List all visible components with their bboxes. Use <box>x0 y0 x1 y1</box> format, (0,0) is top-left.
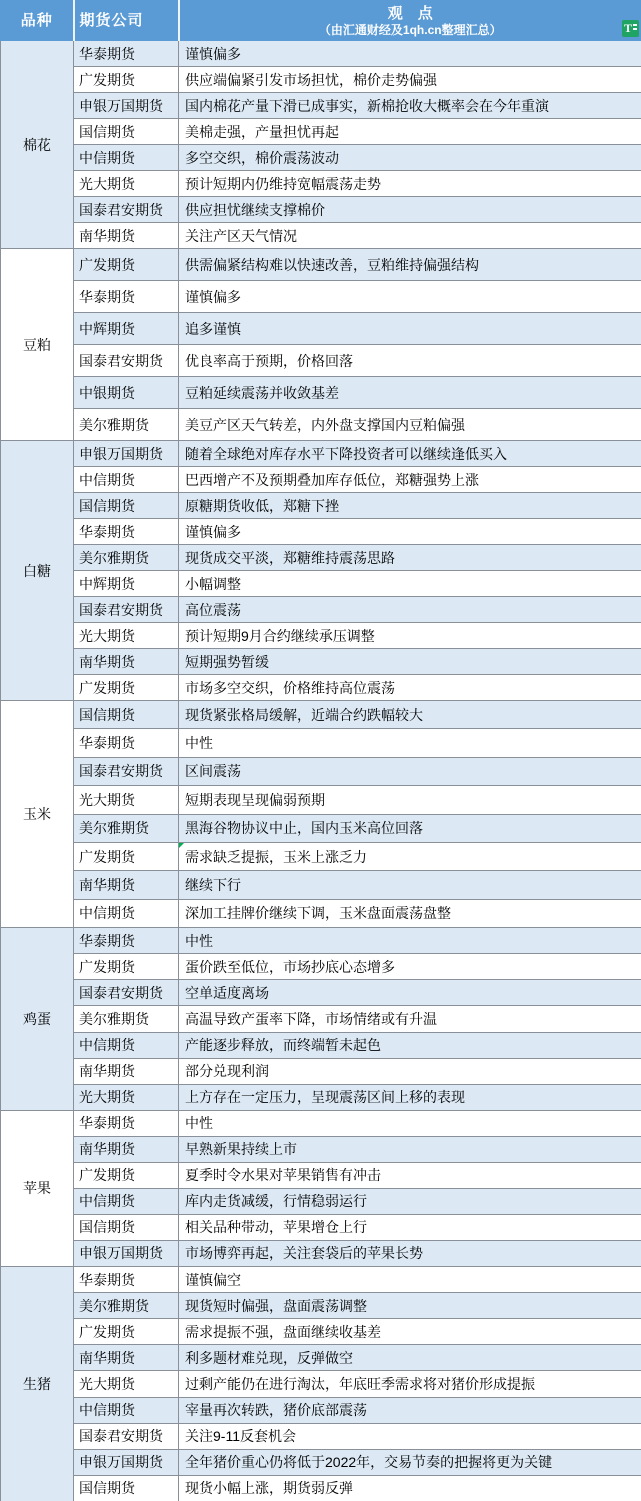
view-cell: 中性 <box>179 928 641 954</box>
table-row: 国泰君安期货区间震荡 <box>1 757 641 785</box>
view-cell: 继续下行 <box>179 871 641 899</box>
view-text: 原糖期货收低，郑糖下挫 <box>185 498 339 514</box>
view-text: 区间震荡 <box>185 763 241 779</box>
view-cell: 预计短期内仍维持宽幅震荡走势 <box>179 171 641 197</box>
translate-icon-bars <box>633 24 637 30</box>
table-row: 广发期货市场多空交织，价格维持高位震荡 <box>1 675 641 701</box>
company-cell: 光大期货 <box>74 1084 179 1110</box>
company-cell: 中信期货 <box>74 1032 179 1058</box>
view-cell: 关注产区天气情况 <box>179 223 641 249</box>
view-text: 巴西增产不及预期叠加库存低位，郑糖强势上涨 <box>185 472 479 488</box>
view-text: 优良率高于预期，价格回落 <box>185 353 353 369</box>
view-text: 上方存在一定压力，呈现震荡区间上移的表现 <box>185 1089 465 1105</box>
table-row: 中信期货深加工挂牌价继续下调，玉米盘面震荡盘整 <box>1 899 641 927</box>
company-cell: 南华期货 <box>74 223 179 249</box>
table-row: 光大期货短期表现呈现偏弱预期 <box>1 786 641 814</box>
company-cell: 南华期货 <box>74 1345 179 1371</box>
variety-cell: 白糖 <box>1 441 74 701</box>
table-body: 棉花华泰期货谨慎偏多广发期货供应端偏紧引发市场担忧，棉价走势偏强申银万国期货国内… <box>1 41 641 1501</box>
company-cell: 国信期货 <box>74 1475 179 1501</box>
company-cell: 华泰期货 <box>74 928 179 954</box>
company-cell: 中辉期货 <box>74 571 179 597</box>
table-row: 光大期货过剩产能仍在进行淘汰，年底旺季需求将对猪价形成提振 <box>1 1371 641 1397</box>
view-cell: 短期强势暂缓 <box>179 649 641 675</box>
view-cell: 市场博弈再起，关注套袋后的苹果长势 <box>179 1240 641 1266</box>
view-text: 市场多空交织，价格维持高位震荡 <box>185 680 395 696</box>
view-text: 蛋价跌至低位，市场抄底心态增多 <box>185 959 395 975</box>
view-text: 小幅调整 <box>185 576 241 592</box>
table-row: 国信期货现货小幅上涨，期货弱反弹 <box>1 1475 641 1501</box>
table-row: 美尔雅期货现货成交平淡，郑糖维持震荡思路 <box>1 545 641 571</box>
company-cell: 南华期货 <box>74 649 179 675</box>
view-cell: 部分兑现利润 <box>179 1058 641 1084</box>
company-cell: 广发期货 <box>74 249 179 281</box>
table-row: 广发期货供应端偏紧引发市场担忧，棉价走势偏强 <box>1 67 641 93</box>
view-text: 供应端偏紧引发市场担忧，棉价走势偏强 <box>185 72 437 88</box>
view-text: 谨慎偏多 <box>185 524 241 540</box>
view-text: 关注9-11反套机会 <box>185 1428 296 1444</box>
table-row: 中信期货巴西增产不及预期叠加库存低位，郑糖强势上涨 <box>1 467 641 493</box>
variety-cell: 生猪 <box>1 1266 74 1501</box>
company-cell: 华泰期货 <box>74 1110 179 1136</box>
view-text: 随着全球绝对库存水平下降投资者可以继续逢低买入 <box>185 446 507 462</box>
view-text: 部分兑现利润 <box>185 1063 269 1079</box>
table-row: 玉米国信期货现货紧张格局缓解，近端合约跌幅较大 <box>1 701 641 729</box>
view-cell: 产能逐步释放，而终端暂未起色 <box>179 1032 641 1058</box>
view-cell: 多空交织，棉价震荡波动 <box>179 145 641 171</box>
view-text: 短期表现呈现偏弱预期 <box>185 792 325 808</box>
view-cell: 高温导致产蛋率下降，市场情绪或有升温 <box>179 1006 641 1032</box>
company-cell: 广发期货 <box>74 67 179 93</box>
view-cell: 上方存在一定压力，呈现震荡区间上移的表现 <box>179 1084 641 1110</box>
header-variety-label: 品种 <box>1 12 73 30</box>
view-cell: 夏季时令水果对苹果销售有冲击 <box>179 1162 641 1188</box>
futures-views-page: 品种 期货公司 观 点 （由汇通财经及1qh.cn整理汇总） 棉花华泰期货谨慎偏… <box>0 0 641 1501</box>
view-text: 预计短期内仍维持宽幅震荡走势 <box>185 176 381 192</box>
view-cell: 豆粕延续震荡并收敛基差 <box>179 377 641 409</box>
view-cell: 国内棉花产量下滑已成事实，新棉抢收大概率会在今年重演 <box>179 93 641 119</box>
view-cell: 谨慎偏多 <box>179 41 641 67</box>
company-cell: 申银万国期货 <box>74 441 179 467</box>
view-cell: 现货短时偏强，盘面震荡调整 <box>179 1293 641 1319</box>
futures-views-table: 品种 期货公司 观 点 （由汇通财经及1qh.cn整理汇总） 棉花华泰期货谨慎偏… <box>0 0 641 1501</box>
view-cell: 深加工挂牌价继续下调，玉米盘面震荡盘整 <box>179 899 641 927</box>
table-row: 南华期货部分兑现利润 <box>1 1058 641 1084</box>
table-row: 国泰君安期货供应担忧继续支撑棉价 <box>1 197 641 223</box>
view-text: 市场博弈再起，关注套袋后的苹果长势 <box>185 1245 423 1261</box>
company-cell: 美尔雅期货 <box>74 814 179 842</box>
company-cell: 光大期货 <box>74 1371 179 1397</box>
view-text: 库内走货减缓，行情稳弱运行 <box>185 1193 367 1209</box>
company-cell: 广发期货 <box>74 954 179 980</box>
view-text: 高温导致产蛋率下降，市场情绪或有升温 <box>185 1011 437 1027</box>
view-text: 需求缺乏提振，玉米上涨乏力 <box>185 849 367 865</box>
company-cell: 国泰君安期货 <box>74 197 179 223</box>
company-cell: 国信期货 <box>74 119 179 145</box>
view-cell: 供应端偏紧引发市场担忧，棉价走势偏强 <box>179 67 641 93</box>
table-row: 国泰君安期货空单适度离场 <box>1 980 641 1006</box>
company-cell: 光大期货 <box>74 786 179 814</box>
company-cell: 申银万国期货 <box>74 1240 179 1266</box>
table-row: 国信期货美棉走强，产量担忧再起 <box>1 119 641 145</box>
translate-icon-letter: T <box>624 20 632 37</box>
view-text: 现货紧张格局缓解，近端合约跌幅较大 <box>185 707 423 723</box>
company-cell: 中信期货 <box>74 899 179 927</box>
company-cell: 光大期货 <box>74 623 179 649</box>
company-cell: 美尔雅期货 <box>74 409 179 441</box>
company-cell: 广发期货 <box>74 1319 179 1345</box>
company-cell: 中信期货 <box>74 145 179 171</box>
view-text: 供需偏紧结构难以快速改善，豆粕维持偏强结构 <box>185 257 479 273</box>
table-row: 申银万国期货国内棉花产量下滑已成事实，新棉抢收大概率会在今年重演 <box>1 93 641 119</box>
view-cell: 高位震荡 <box>179 597 641 623</box>
header-variety: 品种 <box>1 1 74 41</box>
company-cell: 南华期货 <box>74 871 179 899</box>
variety-cell: 鸡蛋 <box>1 928 74 1111</box>
translate-extension-icon[interactable]: T <box>622 20 639 37</box>
header-view-subtitle: （由汇通财经及1qh.cn整理汇总） <box>180 23 641 38</box>
table-row: 华泰期货谨慎偏多 <box>1 519 641 545</box>
company-cell: 国泰君安期货 <box>74 345 179 377</box>
company-cell: 申银万国期货 <box>74 1449 179 1475</box>
header-company: 期货公司 <box>74 1 179 41</box>
table-row: 中辉期货追多谨慎 <box>1 313 641 345</box>
table-row: 美尔雅期货现货短时偏强，盘面震荡调整 <box>1 1293 641 1319</box>
table-row: 中信期货多空交织，棉价震荡波动 <box>1 145 641 171</box>
table-row: 南华期货关注产区天气情况 <box>1 223 641 249</box>
view-text: 预计短期9月合约继续承压调整 <box>185 628 375 644</box>
view-cell: 供需偏紧结构难以快速改善，豆粕维持偏强结构 <box>179 249 641 281</box>
company-cell: 国泰君安期货 <box>74 980 179 1006</box>
table-row: 美尔雅期货高温导致产蛋率下降，市场情绪或有升温 <box>1 1006 641 1032</box>
table-row: 国泰君安期货高位震荡 <box>1 597 641 623</box>
view-text: 关注产区天气情况 <box>185 228 297 244</box>
view-text: 供应担忧继续支撑棉价 <box>185 202 325 218</box>
view-text: 空单适度离场 <box>185 985 269 1001</box>
view-cell: 相关品种带动，苹果增仓上行 <box>179 1214 641 1240</box>
view-cell: 小幅调整 <box>179 571 641 597</box>
view-text: 深加工挂牌价继续下调，玉米盘面震荡盘整 <box>185 905 451 921</box>
view-text: 现货成交平淡，郑糖维持震荡思路 <box>185 550 395 566</box>
view-text: 中性 <box>185 735 213 751</box>
view-cell: 蛋价跌至低位，市场抄底心态增多 <box>179 954 641 980</box>
company-cell: 国泰君安期货 <box>74 1423 179 1449</box>
company-cell: 申银万国期货 <box>74 93 179 119</box>
view-text: 美棉走强，产量担忧再起 <box>185 124 339 140</box>
header-view-title: 观 点 <box>180 4 641 23</box>
view-text: 多空交织，棉价震荡波动 <box>185 150 339 166</box>
table-row: 国信期货原糖期货收低，郑糖下挫 <box>1 493 641 519</box>
variety-cell: 苹果 <box>1 1110 74 1266</box>
view-text: 需求提振不强，盘面继续收基差 <box>185 1324 381 1340</box>
view-text: 谨慎偏多 <box>185 46 241 62</box>
company-cell: 南华期货 <box>74 1136 179 1162</box>
company-cell: 美尔雅期货 <box>74 545 179 571</box>
company-cell: 华泰期货 <box>74 41 179 67</box>
company-cell: 广发期货 <box>74 842 179 870</box>
view-cell: 利多题材难兑现，反弹做空 <box>179 1345 641 1371</box>
table-row: 美尔雅期货美豆产区天气转差，内外盘支撑国内豆粕偏强 <box>1 409 641 441</box>
view-cell: 供应担忧继续支撑棉价 <box>179 197 641 223</box>
view-cell: 谨慎偏空 <box>179 1266 641 1292</box>
table-row: 广发期货需求提振不强，盘面继续收基差 <box>1 1319 641 1345</box>
view-cell: 中性 <box>179 1110 641 1136</box>
table-row: 中银期货豆粕延续震荡并收敛基差 <box>1 377 641 409</box>
view-text: 追多谨慎 <box>185 321 241 337</box>
table-row: 申银万国期货全年猪价重心仍将低于2022年，交易节奏的把握将更为关键 <box>1 1449 641 1475</box>
company-cell: 光大期货 <box>74 171 179 197</box>
view-text: 相关品种带动，苹果增仓上行 <box>185 1219 367 1235</box>
company-cell: 广发期货 <box>74 1162 179 1188</box>
company-cell: 美尔雅期货 <box>74 1293 179 1319</box>
view-text: 高位震荡 <box>185 602 241 618</box>
view-cell: 早熟新果持续上市 <box>179 1136 641 1162</box>
view-cell: 现货成交平淡，郑糖维持震荡思路 <box>179 545 641 571</box>
view-cell: 空单适度离场 <box>179 980 641 1006</box>
view-text: 现货短时偏强，盘面震荡调整 <box>185 1298 367 1314</box>
view-text: 谨慎偏空 <box>185 1272 241 1288</box>
table-row: 美尔雅期货黑海谷物协议中止，国内玉米高位回落 <box>1 814 641 842</box>
view-text: 继续下行 <box>185 877 241 893</box>
variety-cell: 玉米 <box>1 701 74 928</box>
company-cell: 华泰期货 <box>74 1266 179 1292</box>
table-row: 生猪华泰期货谨慎偏空 <box>1 1266 641 1292</box>
table-row: 南华期货继续下行 <box>1 871 641 899</box>
view-text: 早熟新果持续上市 <box>185 1141 297 1157</box>
table-row: 棉花华泰期货谨慎偏多 <box>1 41 641 67</box>
table-row: 国信期货相关品种带动，苹果增仓上行 <box>1 1214 641 1240</box>
table-row: 国泰君安期货关注9-11反套机会 <box>1 1423 641 1449</box>
table-row: 中信期货宰量再次转跌，猪价底部震荡 <box>1 1397 641 1423</box>
table-row: 中信期货库内走货减缓，行情稳弱运行 <box>1 1188 641 1214</box>
view-text: 现货小幅上涨，期货弱反弹 <box>185 1480 353 1496</box>
view-cell: 库内走货减缓，行情稳弱运行 <box>179 1188 641 1214</box>
company-cell: 国信期货 <box>74 493 179 519</box>
table-row: 鸡蛋华泰期货中性 <box>1 928 641 954</box>
table-row: 申银万国期货市场博弈再起，关注套袋后的苹果长势 <box>1 1240 641 1266</box>
view-text: 全年猪价重心仍将低于2022年，交易节奏的把握将更为关键 <box>185 1454 552 1470</box>
company-cell: 国泰君安期货 <box>74 757 179 785</box>
table-header: 品种 期货公司 观 点 （由汇通财经及1qh.cn整理汇总） <box>1 1 641 41</box>
view-cell: 美棉走强，产量担忧再起 <box>179 119 641 145</box>
table-row: 国泰君安期货优良率高于预期，价格回落 <box>1 345 641 377</box>
company-cell: 中信期货 <box>74 1188 179 1214</box>
view-cell: 需求提振不强，盘面继续收基差 <box>179 1319 641 1345</box>
view-cell: 巴西增产不及预期叠加库存低位，郑糖强势上涨 <box>179 467 641 493</box>
view-cell: 谨慎偏多 <box>179 519 641 545</box>
company-cell: 美尔雅期货 <box>74 1006 179 1032</box>
view-text: 短期强势暂缓 <box>185 654 269 670</box>
view-cell: 优良率高于预期，价格回落 <box>179 345 641 377</box>
table-row: 广发期货夏季时令水果对苹果销售有冲击 <box>1 1162 641 1188</box>
company-cell: 中信期货 <box>74 1397 179 1423</box>
table-row: 南华期货利多题材难兑现，反弹做空 <box>1 1345 641 1371</box>
company-cell: 国信期货 <box>74 701 179 729</box>
table-row: 白糖申银万国期货随着全球绝对库存水平下降投资者可以继续逢低买入 <box>1 441 641 467</box>
view-cell: 短期表现呈现偏弱预期 <box>179 786 641 814</box>
table-row: 南华期货早熟新果持续上市 <box>1 1136 641 1162</box>
table-row: 光大期货预计短期内仍维持宽幅震荡走势 <box>1 171 641 197</box>
view-text: 中性 <box>185 933 213 949</box>
view-cell: 追多谨慎 <box>179 313 641 345</box>
table-row: 华泰期货谨慎偏多 <box>1 281 641 313</box>
variety-cell: 棉花 <box>1 41 74 249</box>
view-text: 利多题材难兑现，反弹做空 <box>185 1350 353 1366</box>
view-cell: 需求缺乏提振，玉米上涨乏力 <box>179 842 641 870</box>
view-text: 谨慎偏多 <box>185 289 241 305</box>
table-row: 光大期货预计短期9月合约继续承压调整 <box>1 623 641 649</box>
view-cell: 谨慎偏多 <box>179 281 641 313</box>
company-cell: 中辉期货 <box>74 313 179 345</box>
view-text: 过剩产能仍在进行淘汰，年底旺季需求将对猪价形成提振 <box>185 1376 535 1392</box>
company-cell: 中银期货 <box>74 377 179 409</box>
company-cell: 国信期货 <box>74 1214 179 1240</box>
company-cell: 华泰期货 <box>74 281 179 313</box>
view-text: 产能逐步释放，而终端暂未起色 <box>185 1037 381 1053</box>
view-cell: 预计短期9月合约继续承压调整 <box>179 623 641 649</box>
table-row: 华泰期货中性 <box>1 729 641 757</box>
view-cell: 现货小幅上涨，期货弱反弹 <box>179 1475 641 1501</box>
view-cell: 中性 <box>179 729 641 757</box>
view-cell: 区间震荡 <box>179 757 641 785</box>
header-company-label: 期货公司 <box>80 12 178 30</box>
view-text: 豆粕延续震荡并收敛基差 <box>185 385 339 401</box>
table-row: 南华期货短期强势暂缓 <box>1 649 641 675</box>
view-text: 美豆产区天气转差，内外盘支撑国内豆粕偏强 <box>185 417 465 433</box>
view-text: 黑海谷物协议中止，国内玉米高位回落 <box>185 820 423 836</box>
view-text: 宰量再次转跌，猪价底部震荡 <box>185 1402 367 1418</box>
cell-note-marker-icon <box>179 843 184 848</box>
company-cell: 华泰期货 <box>74 729 179 757</box>
view-cell: 现货紧张格局缓解，近端合约跌幅较大 <box>179 701 641 729</box>
variety-cell: 豆粕 <box>1 249 74 441</box>
view-cell: 市场多空交织，价格维持高位震荡 <box>179 675 641 701</box>
view-cell: 宰量再次转跌，猪价底部震荡 <box>179 1397 641 1423</box>
view-cell: 随着全球绝对库存水平下降投资者可以继续逢低买入 <box>179 441 641 467</box>
view-text: 中性 <box>185 1115 213 1131</box>
company-cell: 广发期货 <box>74 675 179 701</box>
view-cell: 美豆产区天气转差，内外盘支撑国内豆粕偏强 <box>179 409 641 441</box>
view-cell: 黑海谷物协议中止，国内玉米高位回落 <box>179 814 641 842</box>
table-row: 苹果华泰期货中性 <box>1 1110 641 1136</box>
company-cell: 中信期货 <box>74 467 179 493</box>
company-cell: 华泰期货 <box>74 519 179 545</box>
company-cell: 南华期货 <box>74 1058 179 1084</box>
view-cell: 过剩产能仍在进行淘汰，年底旺季需求将对猪价形成提振 <box>179 1371 641 1397</box>
view-cell: 原糖期货收低，郑糖下挫 <box>179 493 641 519</box>
view-text: 国内棉花产量下滑已成事实，新棉抢收大概率会在今年重演 <box>185 98 549 114</box>
table-row: 广发期货蛋价跌至低位，市场抄底心态增多 <box>1 954 641 980</box>
table-row: 豆粕广发期货供需偏紧结构难以快速改善，豆粕维持偏强结构 <box>1 249 641 281</box>
table-row: 广发期货需求缺乏提振，玉米上涨乏力 <box>1 842 641 870</box>
table-row: 光大期货上方存在一定压力，呈现震荡区间上移的表现 <box>1 1084 641 1110</box>
header-view: 观 点 （由汇通财经及1qh.cn整理汇总） <box>179 1 641 41</box>
company-cell: 国泰君安期货 <box>74 597 179 623</box>
view-cell: 关注9-11反套机会 <box>179 1423 641 1449</box>
view-cell: 全年猪价重心仍将低于2022年，交易节奏的把握将更为关键 <box>179 1449 641 1475</box>
table-row: 中信期货产能逐步释放，而终端暂未起色 <box>1 1032 641 1058</box>
table-row: 中辉期货小幅调整 <box>1 571 641 597</box>
view-text: 夏季时令水果对苹果销售有冲击 <box>185 1167 381 1183</box>
